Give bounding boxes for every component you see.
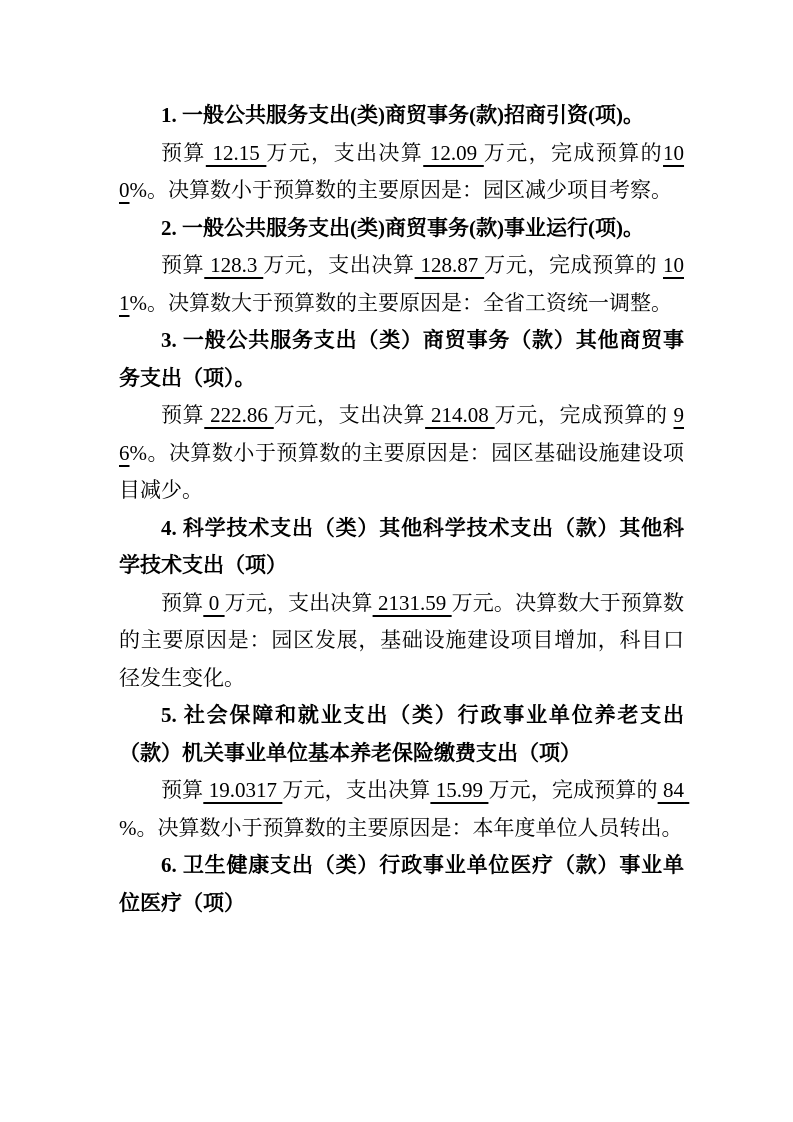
underlined-value: 12.09 — [423, 141, 484, 165]
underlined-value: 214.08 — [425, 403, 495, 427]
text-segment: 万元，支出决算 — [266, 141, 423, 165]
text-segment: %。决算数小于预算数的主要原因是：园区减少项目考察。 — [130, 178, 673, 202]
text-segment: 预算 — [161, 141, 206, 165]
underlined-value: 19.0317 — [203, 778, 282, 802]
text-segment: 万元，完成预算的 — [488, 778, 657, 802]
section-4-paragraph: 预算 0 万元，支出决算 2131.59 万元。决算数大于预算数的主要原因是：园… — [119, 585, 684, 698]
document-page: 1. 一般公共服务支出(类)商贸事务(款)招商引资(项)。预算 12.15 万元… — [0, 0, 793, 1122]
section-5-heading: 5. 社会保障和就业支出（类）行政事业单位养老支出（款）机关事业单位基本养老保险… — [119, 697, 684, 772]
underlined-value: 15.99 — [430, 778, 488, 802]
text-segment: 万元，完成预算的 — [484, 141, 663, 165]
section-1-paragraph: 预算 12.15 万元，支出决算 12.09 万元，完成预算的100%。决算数小… — [119, 135, 684, 210]
text-segment: %。决算数小于预算数的主要原因是：园区基础设施建设项目减少。 — [119, 441, 684, 503]
text-segment: %。决算数小于预算数的主要原因是：本年度单位人员转出。 — [119, 816, 683, 840]
underlined-value: 0 — [203, 591, 224, 615]
section-3-heading: 3. 一般公共服务支出（类）商贸事务（款）其他商贸事务支出（项）。 — [119, 322, 684, 397]
underlined-value: 12.15 — [206, 141, 267, 165]
text-segment: 万元，完成预算的 — [484, 253, 663, 277]
text-segment: 万元，支出决算 — [282, 778, 430, 802]
text-segment: 万元，完成预算的 — [495, 403, 674, 427]
text-segment: 预算 — [161, 778, 203, 802]
section-5-paragraph: 预算 19.0317 万元，支出决算 15.99 万元，完成预算的 84 %。决… — [119, 772, 684, 847]
section-4-heading: 4. 科学技术支出（类）其他科学技术支出（款）其他科学技术支出（项） — [119, 510, 684, 585]
underlined-value: 128.87 — [415, 253, 485, 277]
underlined-value: 222.86 — [204, 403, 274, 427]
underlined-value: 128.3 — [204, 253, 263, 277]
text-segment: 预算 — [161, 403, 204, 427]
underlined-value: 84 — [658, 778, 690, 802]
text-segment: 万元，支出决算 — [225, 591, 373, 615]
section-2-heading: 2. 一般公共服务支出(类)商贸事务(款)事业运行(项)。 — [119, 210, 684, 248]
section-2-paragraph: 预算 128.3 万元，支出决算 128.87 万元，完成预算的 101%。决算… — [119, 247, 684, 322]
underlined-value: 2131.59 — [373, 591, 452, 615]
document-body: 1. 一般公共服务支出(类)商贸事务(款)招商引资(项)。预算 12.15 万元… — [119, 97, 684, 922]
text-segment: %。决算数大于预算数的主要原因是：全省工资统一调整。 — [130, 291, 673, 315]
section-6-heading: 6. 卫生健康支出（类）行政事业单位医疗（款）事业单位医疗（项） — [119, 847, 684, 922]
section-1-heading: 1. 一般公共服务支出(类)商贸事务(款)招商引资(项)。 — [119, 97, 684, 135]
text-segment: 万元，支出决算 — [263, 253, 414, 277]
section-3-paragraph: 预算 222.86 万元，支出决算 214.08 万元，完成预算的 96%。决算… — [119, 397, 684, 510]
text-segment: 预算 — [161, 591, 203, 615]
text-segment: 预算 — [161, 253, 204, 277]
text-segment: 万元，支出决算 — [274, 403, 425, 427]
